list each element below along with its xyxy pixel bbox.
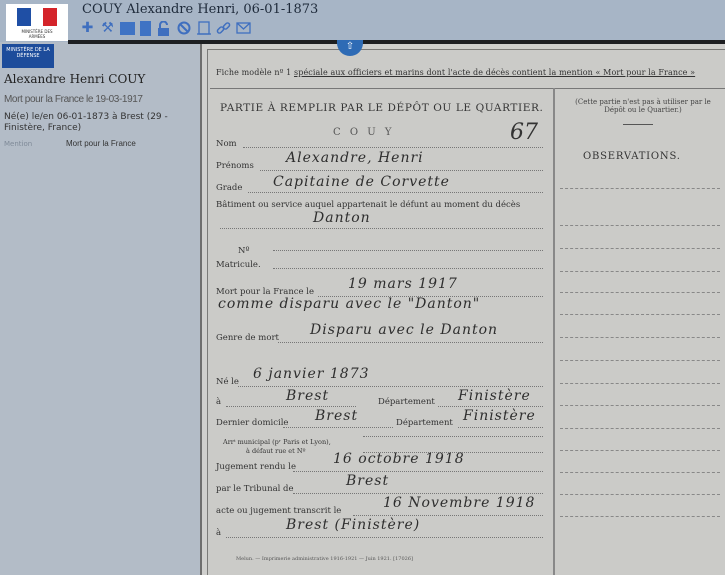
ne-label: Né le [216, 377, 239, 387]
dept-value: Finistère [458, 388, 531, 404]
column-divider [553, 88, 555, 575]
part-title: PARTIE À REMPLIR PAR LE DÉPÔT OU LE QUAR… [220, 102, 544, 114]
french-flag-icon [17, 8, 57, 26]
printer-footer: Melun. — Imprimerie administrative 1916-… [236, 556, 413, 562]
mort-value-2: comme disparu avec le "Danton" [218, 296, 480, 312]
view-portrait-icon[interactable] [140, 21, 151, 36]
lock-icon[interactable] [156, 21, 171, 36]
document-viewer[interactable]: Fiche modèle nº 1 spéciale aux officiers… [200, 44, 725, 575]
matricule-label-no: Nº [238, 246, 249, 256]
nom-label: Nom [216, 139, 237, 149]
ne-value: 6 janvier 1873 [253, 366, 370, 382]
a2-label: à [216, 528, 221, 538]
prenoms-value: Alexandre, Henri [286, 150, 424, 166]
dept-label: Département [378, 397, 435, 407]
batiment-value: Danton [313, 210, 371, 226]
prenoms-label: Prénoms [216, 161, 254, 171]
domicile-label: Dernier domicile [216, 418, 288, 428]
mention-label: Mention [4, 140, 32, 148]
folio-number: 67 [510, 120, 538, 145]
header-rule [210, 88, 725, 89]
view-landscape-icon[interactable] [120, 22, 135, 35]
card-header-prefix: Fiche modèle nº 1 [216, 68, 294, 77]
a2-value: Brest (Finistère) [286, 517, 420, 533]
dept2-value: Finistère [463, 408, 536, 424]
logo-text: MINISTÈRE DES ARMÉES [14, 29, 60, 39]
sidebar: Alexandre Henri COUY Mort pour la France… [0, 68, 200, 575]
record-title: COUY Alexandre Henri, 06-01-1873 [82, 2, 318, 17]
card-header: Fiche modèle nº 1 spéciale aux officiers… [216, 68, 695, 77]
transcrit-value: 16 Novembre 1918 [383, 495, 535, 511]
jugement-label: Jugement rendu le [216, 462, 296, 472]
puzzle-icon[interactable]: ✚ [80, 21, 95, 36]
tribunal-label: par le Tribunal de [216, 484, 294, 494]
toolbar: ✚ ⚒ [80, 18, 251, 38]
a-value: Brest [286, 388, 329, 404]
mail-icon[interactable] [236, 21, 251, 36]
person-name: Alexandre Henri COUY [4, 72, 145, 86]
observations-note: (Cette partie n'est pas à utiliser par l… [568, 98, 718, 114]
link-icon[interactable] [216, 21, 231, 36]
domicile-value: Brest [315, 408, 358, 424]
mort-value: 19 mars 1917 [348, 276, 458, 292]
birth-info: Né(e) le/en 06-01-1873 à Brest (29 - Fin… [4, 112, 194, 134]
ministry-badge: MINISTÈRE DE LA DÉFENSE [2, 44, 54, 68]
arr-label: Arrᵗ municipal (pʳ Paris et Lyon), [223, 438, 331, 446]
jugement-value: 16 octobre 1918 [333, 451, 465, 467]
card-header-underlined: spéciale aux officiers et marins dont l'… [294, 68, 695, 77]
dept2-label: Département [396, 418, 453, 428]
ministry-logo[interactable]: MINISTÈRE DES ARMÉES [6, 4, 68, 41]
genre-label: Genre de mort [216, 333, 279, 343]
grade-value: Capitaine de Corvette [273, 174, 450, 190]
wrench-icon[interactable]: ⚒ [100, 21, 115, 36]
genre-value: Disparu avec le Danton [310, 322, 498, 338]
transcrit-label: acte ou jugement transcrit le [216, 506, 341, 516]
mention-value: Mort pour la France [66, 139, 136, 148]
death-info: Mort pour la France le 19-03-1917 [4, 94, 143, 105]
forbidden-icon[interactable] [176, 21, 191, 36]
death-record-card: Fiche modèle nº 1 spéciale aux officiers… [207, 49, 725, 575]
observations-rule [623, 124, 653, 125]
matricule-label: Matricule. [216, 260, 261, 270]
print-icon[interactable] [196, 21, 211, 36]
grade-label: Grade [216, 183, 242, 193]
a-label: à [216, 397, 221, 407]
arr-label-2: à défaut rue et Nº [246, 447, 306, 455]
nom-value: C O U Y [333, 127, 394, 138]
tribunal-value: Brest [346, 473, 389, 489]
batiment-label: Bâtiment ou service auquel appartenait l… [216, 200, 520, 210]
top-bar: MINISTÈRE DES ARMÉES COUY Alexandre Henr… [0, 0, 725, 42]
observations-title: OBSERVATIONS. [583, 151, 681, 162]
